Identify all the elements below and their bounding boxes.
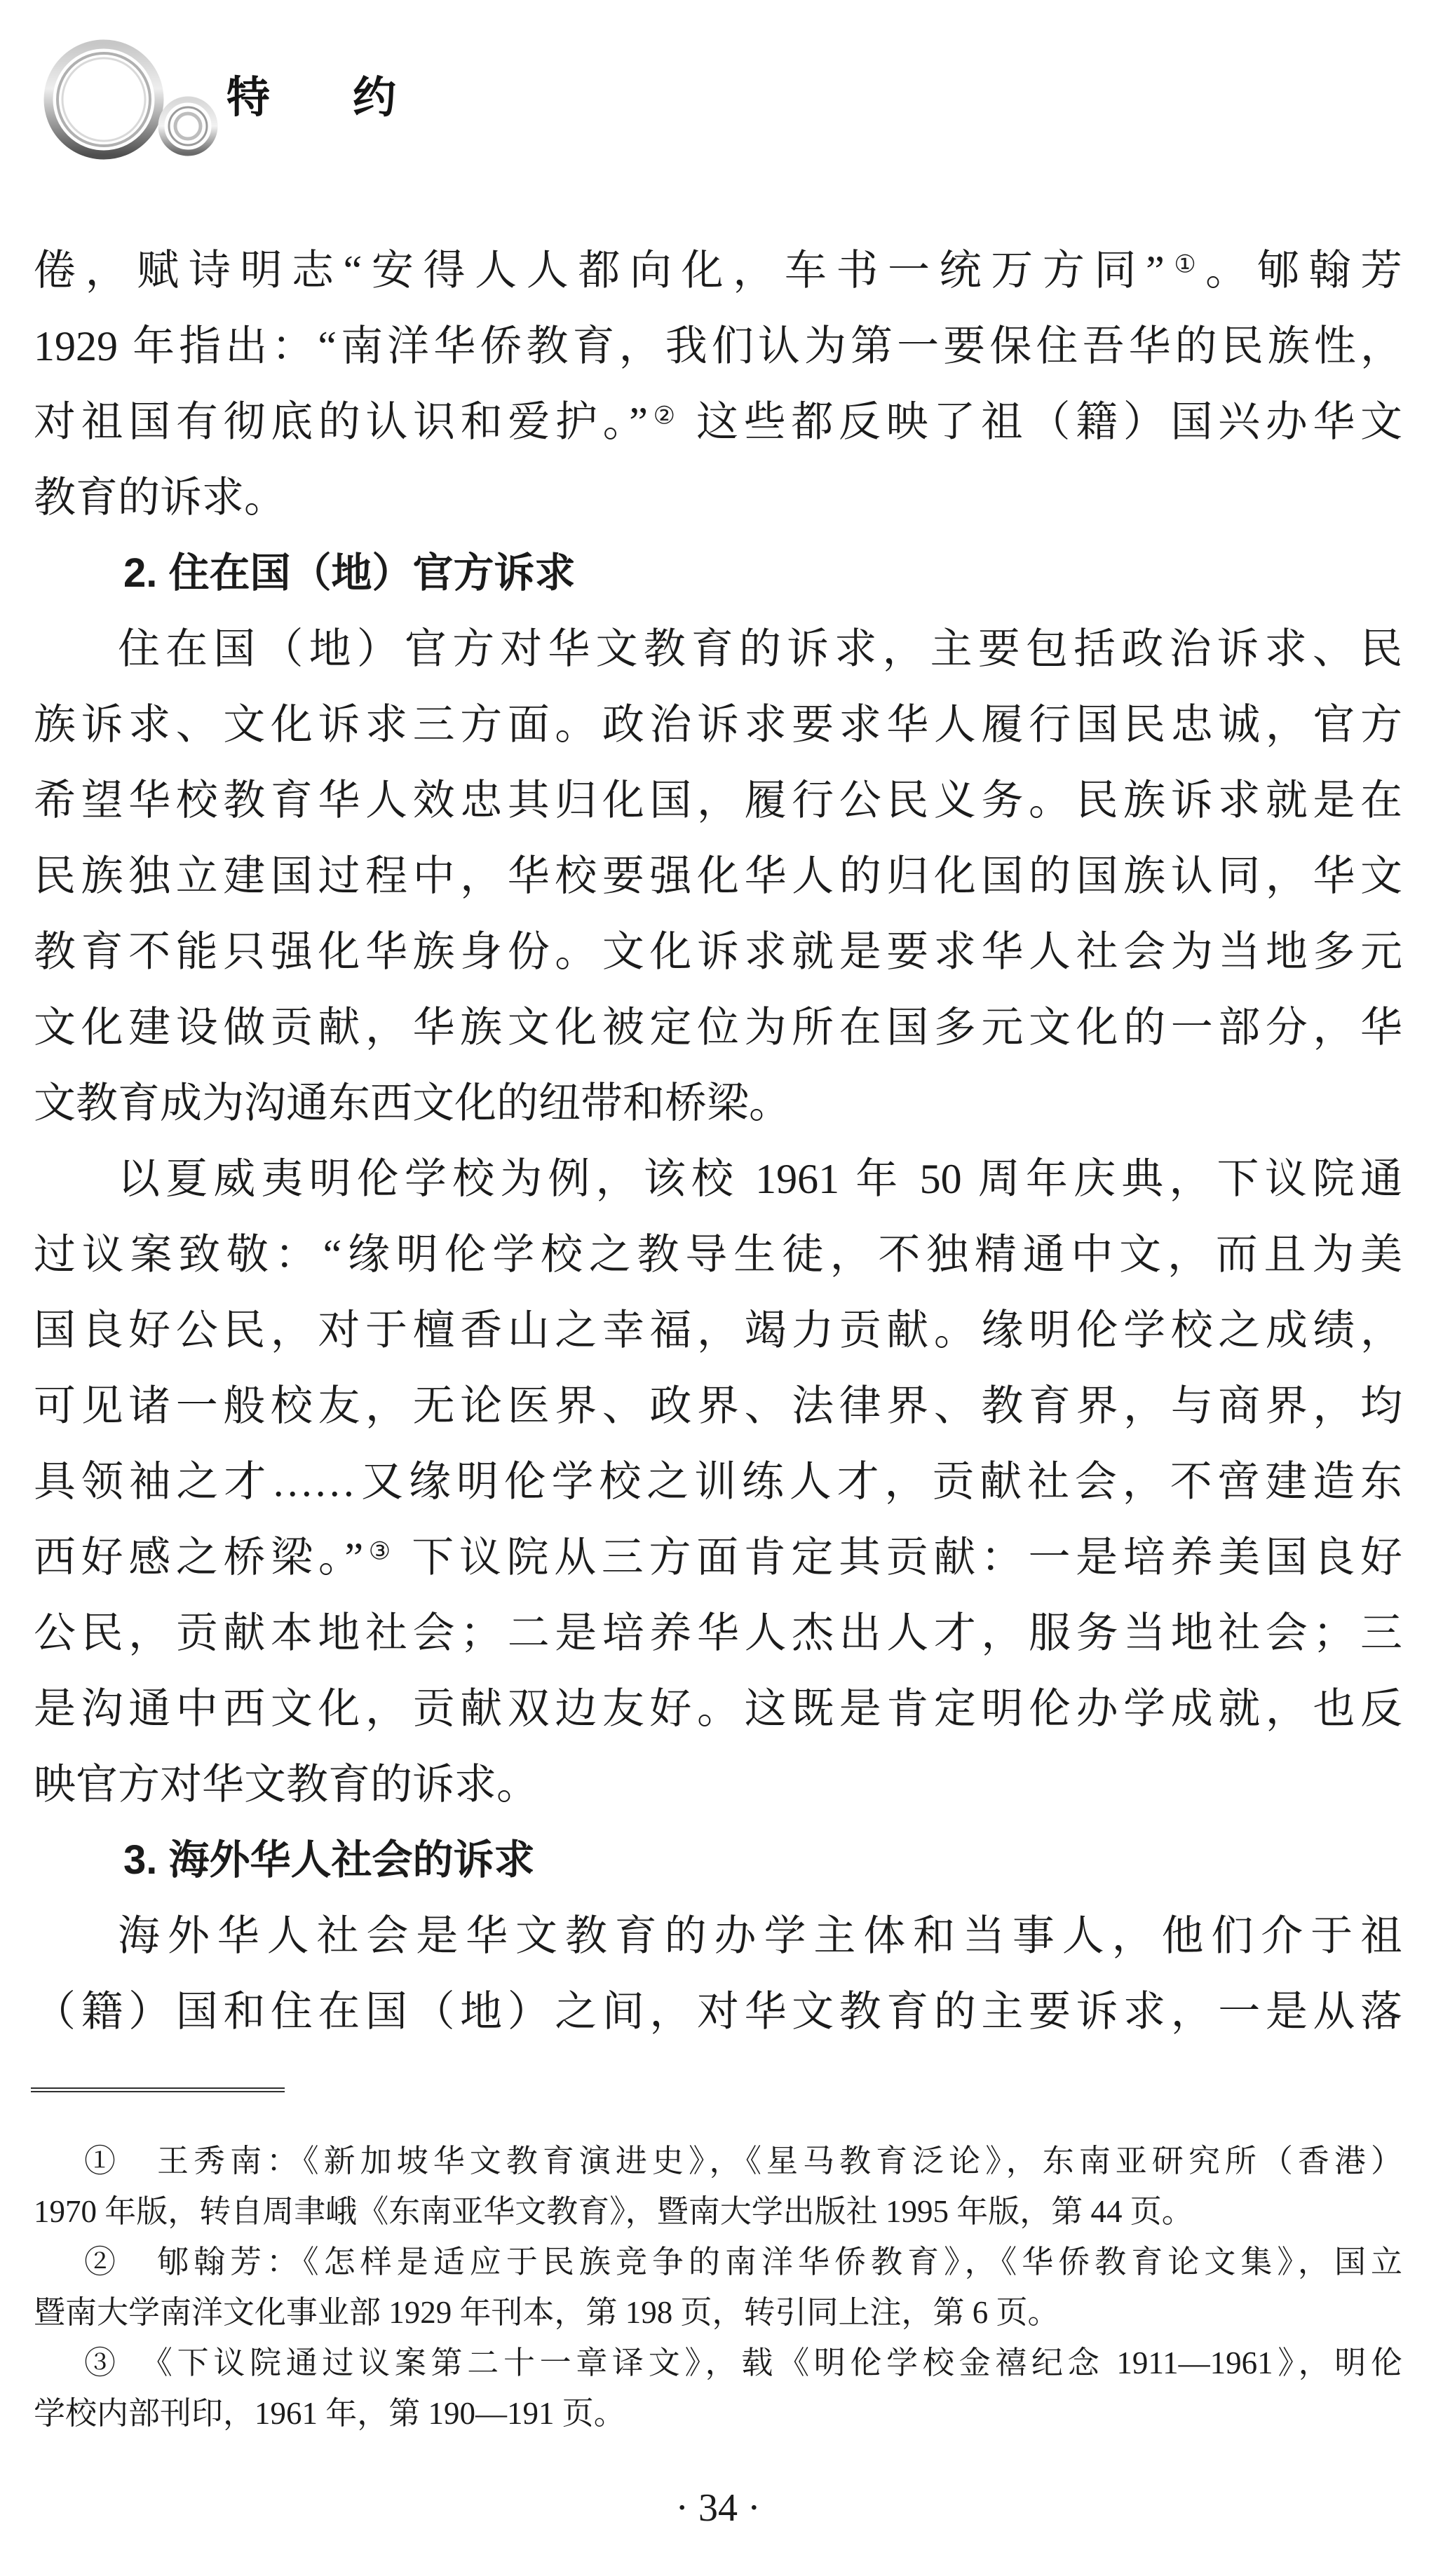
text-line: （籍）国和住在国（地）之间，对华文教育的主要诉求，一是从落 [34,1974,1402,2050]
text-line: 是沟通中西文化，贡献双边友好。这既是肯定明伦办学成就，也反 [34,1671,1402,1747]
text-line: 以夏威夷明伦学校为例，该校 1961 年 50 周年庆典，下议院通 [34,1141,1402,1217]
text-line: 国良好公民，对于檀香山之幸福，竭力贡献。缘明伦学校之成绩， [34,1293,1402,1368]
text-line: 教育不能只强化华族身份。文化诉求就是要求华人社会为当地多元 [34,914,1402,990]
footnotes-block: ① 王秀南：《新加坡华文教育演进史》，《星马教育泛论》，东南亚研究所（香港）19… [34,2136,1402,2439]
footnote-line: 1970 年版，转自周聿峨《东南亚华文教育》，暨南大学出版社 1995 年版，第… [34,2186,1402,2237]
text-line: 具领袖之才……又缘明伦学校之训练人才，贡献社会，不啻建造东 [34,1444,1402,1520]
footnote-line: 暨南大学南洋文化事业部 1929 年刊本，第 198 页，转引同上注，第 6 页… [34,2287,1402,2338]
text-line: 海外华人社会是华文教育的办学主体和当事人，他们介于祖 [34,1898,1402,1974]
text-line: 民族独立建国过程中，华校要强化华人的归化国的国族认同，华文 [34,838,1402,914]
footnote-line: ① 王秀南：《新加坡华文教育演进史》，《星马教育泛论》，东南亚研究所（香港） [34,2136,1402,2186]
rings-logo-icon [39,34,228,168]
text-line: 西好感之桥梁。”③ 下议院从三方面肯定其贡献：一是培养美国良好 [34,1520,1402,1595]
footnote-ref-mark: ② [648,402,680,430]
footnote-divider [31,2087,285,2092]
text-line: 可见诸一般校友，无论医界、政界、法律界、教育界，与商界，均 [34,1368,1402,1444]
text-line: 对祖国有彻底的认识和爱护。”② 这些都反映了祖（籍）国兴办华文 [34,384,1402,460]
book-page: 特约 倦，赋诗明志“安得人人都向化，车书一统万方同”①。郇翰芳1929 年指出：… [0,0,1436,2576]
column-section-label: 特约 [226,73,479,123]
text-line: 文教育成为沟通东西文化的纽带和桥梁。 [34,1065,1402,1141]
text-line: 住在国（地）官方对华文教育的诉求，主要包括政治诉求、民 [34,611,1402,687]
text-line: 1929 年指出：“南洋华侨教育，我们认为第一要保住吾华的民族性， [34,308,1402,384]
footnote-ref-mark: ① [1165,251,1205,278]
section-heading: 3. 海外华人社会的诉求 [34,1822,1402,1898]
text-line: 过议案致敬：“缘明伦学校之教导生徒，不独精通中文，而且为美 [34,1217,1402,1293]
section-heading: 2. 住在国（地）官方诉求 [34,536,1402,611]
article-body: 倦，赋诗明志“安得人人都向化，车书一统万方同”①。郇翰芳1929 年指出：“南洋… [34,233,1402,2050]
text-line: 族诉求、文化诉求三方面。政治诉求要求华人履行国民忠诚，官方 [34,687,1402,763]
text-line: 映官方对华文教育的诉求。 [34,1747,1402,1822]
footnote-line: ③ 《下议院通过议案第二十一章译文》，载《明伦学校金禧纪念 1911—1961》… [34,2338,1402,2388]
text-line: 教育的诉求。 [34,460,1402,536]
text-line: 倦，赋诗明志“安得人人都向化，车书一统万方同”①。郇翰芳 [34,233,1402,308]
text-line: 公民，贡献本地社会；二是培养华人杰出人才，服务当地社会；三 [34,1595,1402,1671]
footnote-line: 学校内部刊印，1961 年，第 190—191 页。 [34,2388,1402,2439]
text-line: 希望华校教育华人效忠其归化国，履行公民义务。民族诉求就是在 [34,763,1402,838]
footnote-ref-mark: ③ [363,1538,395,1565]
page-number: · 34 · [0,2487,1436,2529]
text-line: 文化建设做贡献，华族文化被定位为所在国多元文化的一部分，华 [34,990,1402,1065]
footnote-line: ② 郇翰芳：《怎样是适应于民族竞争的南洋华侨教育》，《华侨教育论文集》，国立 [34,2237,1402,2287]
